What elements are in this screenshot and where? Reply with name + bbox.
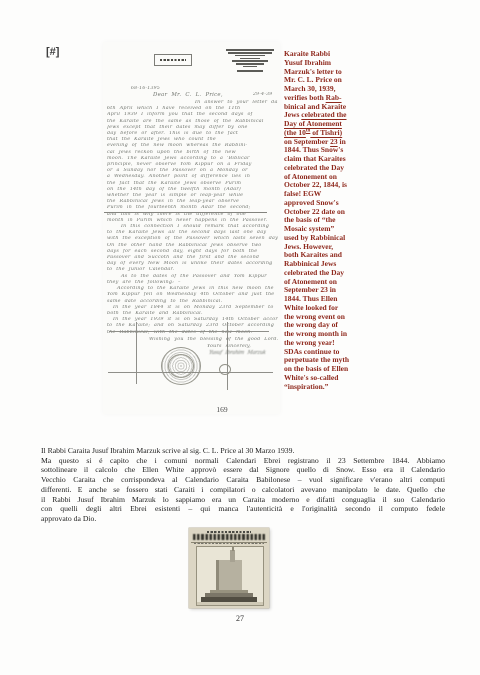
letter-salutation: Dear Mr. C. L. Price, (153, 92, 223, 98)
page-number: 27 (229, 614, 251, 623)
italian-line: il Rabbi Jusuf Ibrahim Marzuk lo sappiam… (41, 495, 445, 505)
italian-line: Il Rabbi Caraita Jusuf Ibrahim Marzuk sc… (41, 446, 445, 456)
masthead-dateline-smudge (194, 543, 264, 544)
letter-underline-mark (104, 212, 267, 213)
italian-line: Vecchio Caraita che corrispondeva al Cal… (41, 475, 445, 485)
letter-fold-line (136, 322, 137, 384)
letterhead-line (240, 58, 260, 60)
monument-tower (230, 550, 235, 562)
document-page: [#] 68-16-1395 29-4-39 Dear Mr. C. L. Pr… (0, 0, 480, 675)
letterhead-line (236, 63, 264, 65)
masthead-title-smudge (193, 534, 265, 541)
letterhead-block (223, 48, 277, 73)
illustration-ground (197, 602, 263, 605)
letter-signature: Yusuf Ibrahim Marzuk (208, 350, 266, 356)
italian-line: Ma questo si é capito che i comuni norma… (41, 456, 445, 466)
italian-line: con quelli degli altri Ebrei esistenti –… (41, 504, 445, 514)
letter-page-number: 169 (208, 405, 236, 414)
letter-date-scrawl: 29-4-39 (253, 92, 272, 98)
red-annotation: Karaite RabbiYusuf IbrahimMarzuk's lette… (284, 50, 382, 391)
letter-small-stamp (219, 364, 231, 375)
masthead-small-text-smudge (207, 531, 251, 533)
letter-fold-line (109, 331, 269, 332)
letter-seal-stamp (161, 347, 201, 385)
periodical-cover-thumbnail (189, 528, 269, 608)
masthead-rule (191, 542, 267, 543)
red-note-line: “inspiration.” (284, 383, 382, 392)
letter-closing: Wishing you the blessing of the good Lor… (149, 337, 279, 343)
monument-tip (232, 547, 234, 551)
letterhead-line (237, 70, 263, 72)
letter-seal-inner-ring (168, 354, 194, 378)
letter-scan: 68-16-1395 29-4-39 Dear Mr. C. L. Price,… (103, 42, 280, 414)
italian-line: differenti. E anche se fossero stati Car… (41, 485, 445, 495)
letterhead-line (235, 55, 265, 57)
italian-line: approvato da Dio. (41, 514, 445, 524)
page-marker: [#] (46, 46, 59, 58)
letterhead-line (228, 52, 272, 54)
stamp-text-smudge (160, 59, 186, 61)
letterhead-line (232, 60, 268, 62)
italian-line: sottolineare il calcolo che Ellen White … (41, 465, 445, 475)
letter-stamp-box (154, 54, 192, 66)
italian-paragraph: Il Rabbi Caraita Jusuf Ibrahim Marzuk sc… (41, 446, 445, 524)
letter-body: In answer to your letter dated6th April … (107, 100, 278, 336)
cover-illustration-frame (196, 546, 264, 606)
monument-illustration (216, 560, 242, 590)
letterhead-line (243, 66, 257, 68)
letterhead-line (226, 49, 274, 51)
